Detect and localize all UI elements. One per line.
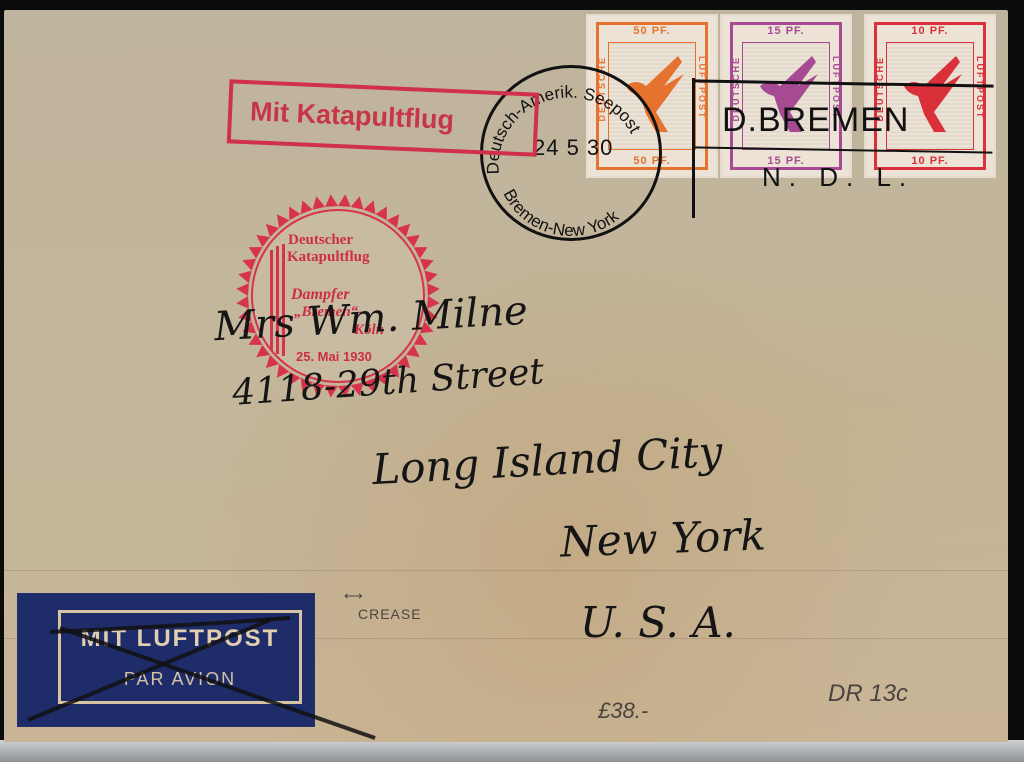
pen-cross-mark bbox=[0, 0, 1024, 762]
